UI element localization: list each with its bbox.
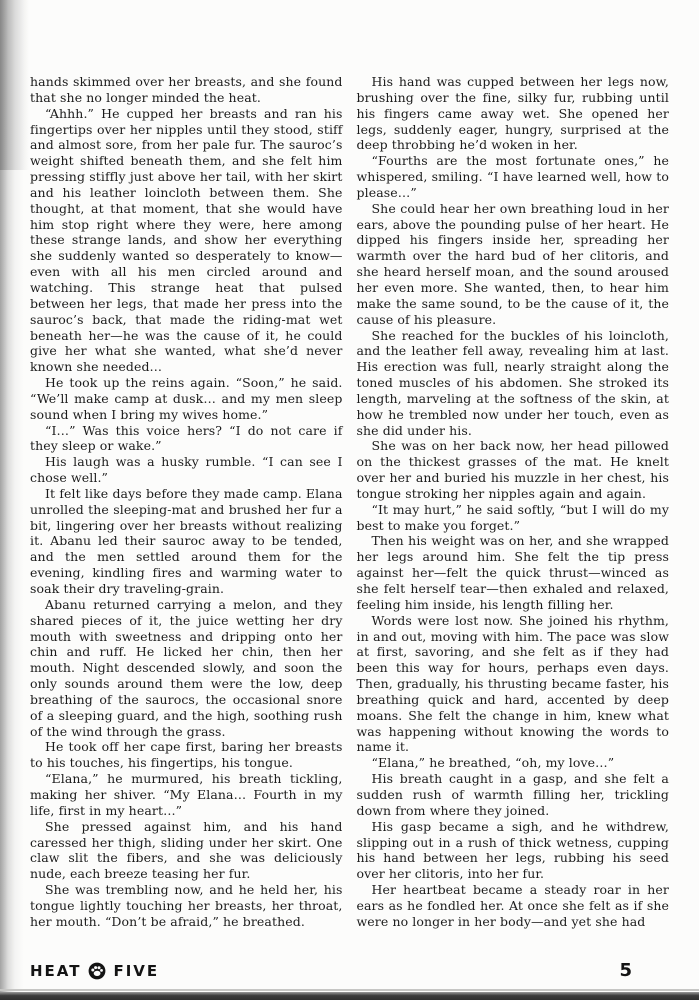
- paragraph: “I…” Was this voice hers? “I do not care…: [30, 423, 343, 455]
- scan-edge-bottom-bar: [0, 992, 699, 1000]
- paragraph: “Elana,” he murmured, his breath ticklin…: [30, 771, 343, 819]
- paragraph: She reached for the buckles of his loinc…: [357, 328, 670, 439]
- paragraph: He took off her cape first, baring her b…: [30, 739, 343, 771]
- paragraph: He took up the reins again. “Soon,” he s…: [30, 375, 343, 423]
- paragraph: Abanu returned carrying a melon, and the…: [30, 597, 343, 740]
- paragraph: She was trembling now, and he held her, …: [30, 882, 343, 930]
- paragraph: Words were lost now. She joined his rhyt…: [357, 613, 670, 756]
- paragraph: His laugh was a husky rumble. “I can see…: [30, 454, 343, 486]
- paragraph: Then his weight was on her, and she wrap…: [357, 533, 670, 612]
- paw-icon: [88, 962, 106, 980]
- text-column-right: His hand was cupped between her legs now…: [357, 74, 670, 930]
- paragraph: “Elana,” he breathed, “oh, my love…”: [357, 755, 670, 771]
- paragraph: His gasp became a sigh, and he withdrew,…: [357, 819, 670, 882]
- paragraph: hands skimmed over her breasts, and she …: [30, 74, 343, 106]
- paragraph: “It may hurt,” he said softly, “but I wi…: [357, 502, 670, 534]
- paragraph: His breath caught in a gasp, and she fel…: [357, 771, 670, 819]
- scan-shadow-top-left: [0, 0, 34, 170]
- paragraph: She pressed against him, and his hand ca…: [30, 819, 343, 882]
- paragraph: Her heartbeat became a steady roar in he…: [357, 882, 670, 930]
- paragraph: She could hear her own breathing loud in…: [357, 201, 670, 328]
- paragraph: His hand was cupped between her legs now…: [357, 74, 670, 153]
- text-block: hands skimmed over her breasts, and she …: [30, 74, 669, 930]
- scanned-book-page: hands skimmed over her breasts, and she …: [0, 0, 699, 1000]
- footer-brand-heat: HEAT: [30, 962, 81, 980]
- footer-brand: HEAT FIVE: [30, 962, 159, 980]
- paragraph: She was on her back now, her head pillow…: [357, 438, 670, 501]
- paragraph: “Ahhh.” He cupped her breasts and ran hi…: [30, 106, 343, 375]
- page-number: 5: [619, 960, 632, 981]
- text-column-left: hands skimmed over her breasts, and she …: [30, 74, 343, 930]
- scan-edge-line: [0, 989, 699, 991]
- paragraph: It felt like days before they made camp.…: [30, 486, 343, 597]
- paragraph: “Fourths are the most fortunate ones,” h…: [357, 153, 670, 201]
- scan-shadow-left-edge: [0, 0, 24, 1000]
- footer-brand-five: FIVE: [113, 962, 159, 980]
